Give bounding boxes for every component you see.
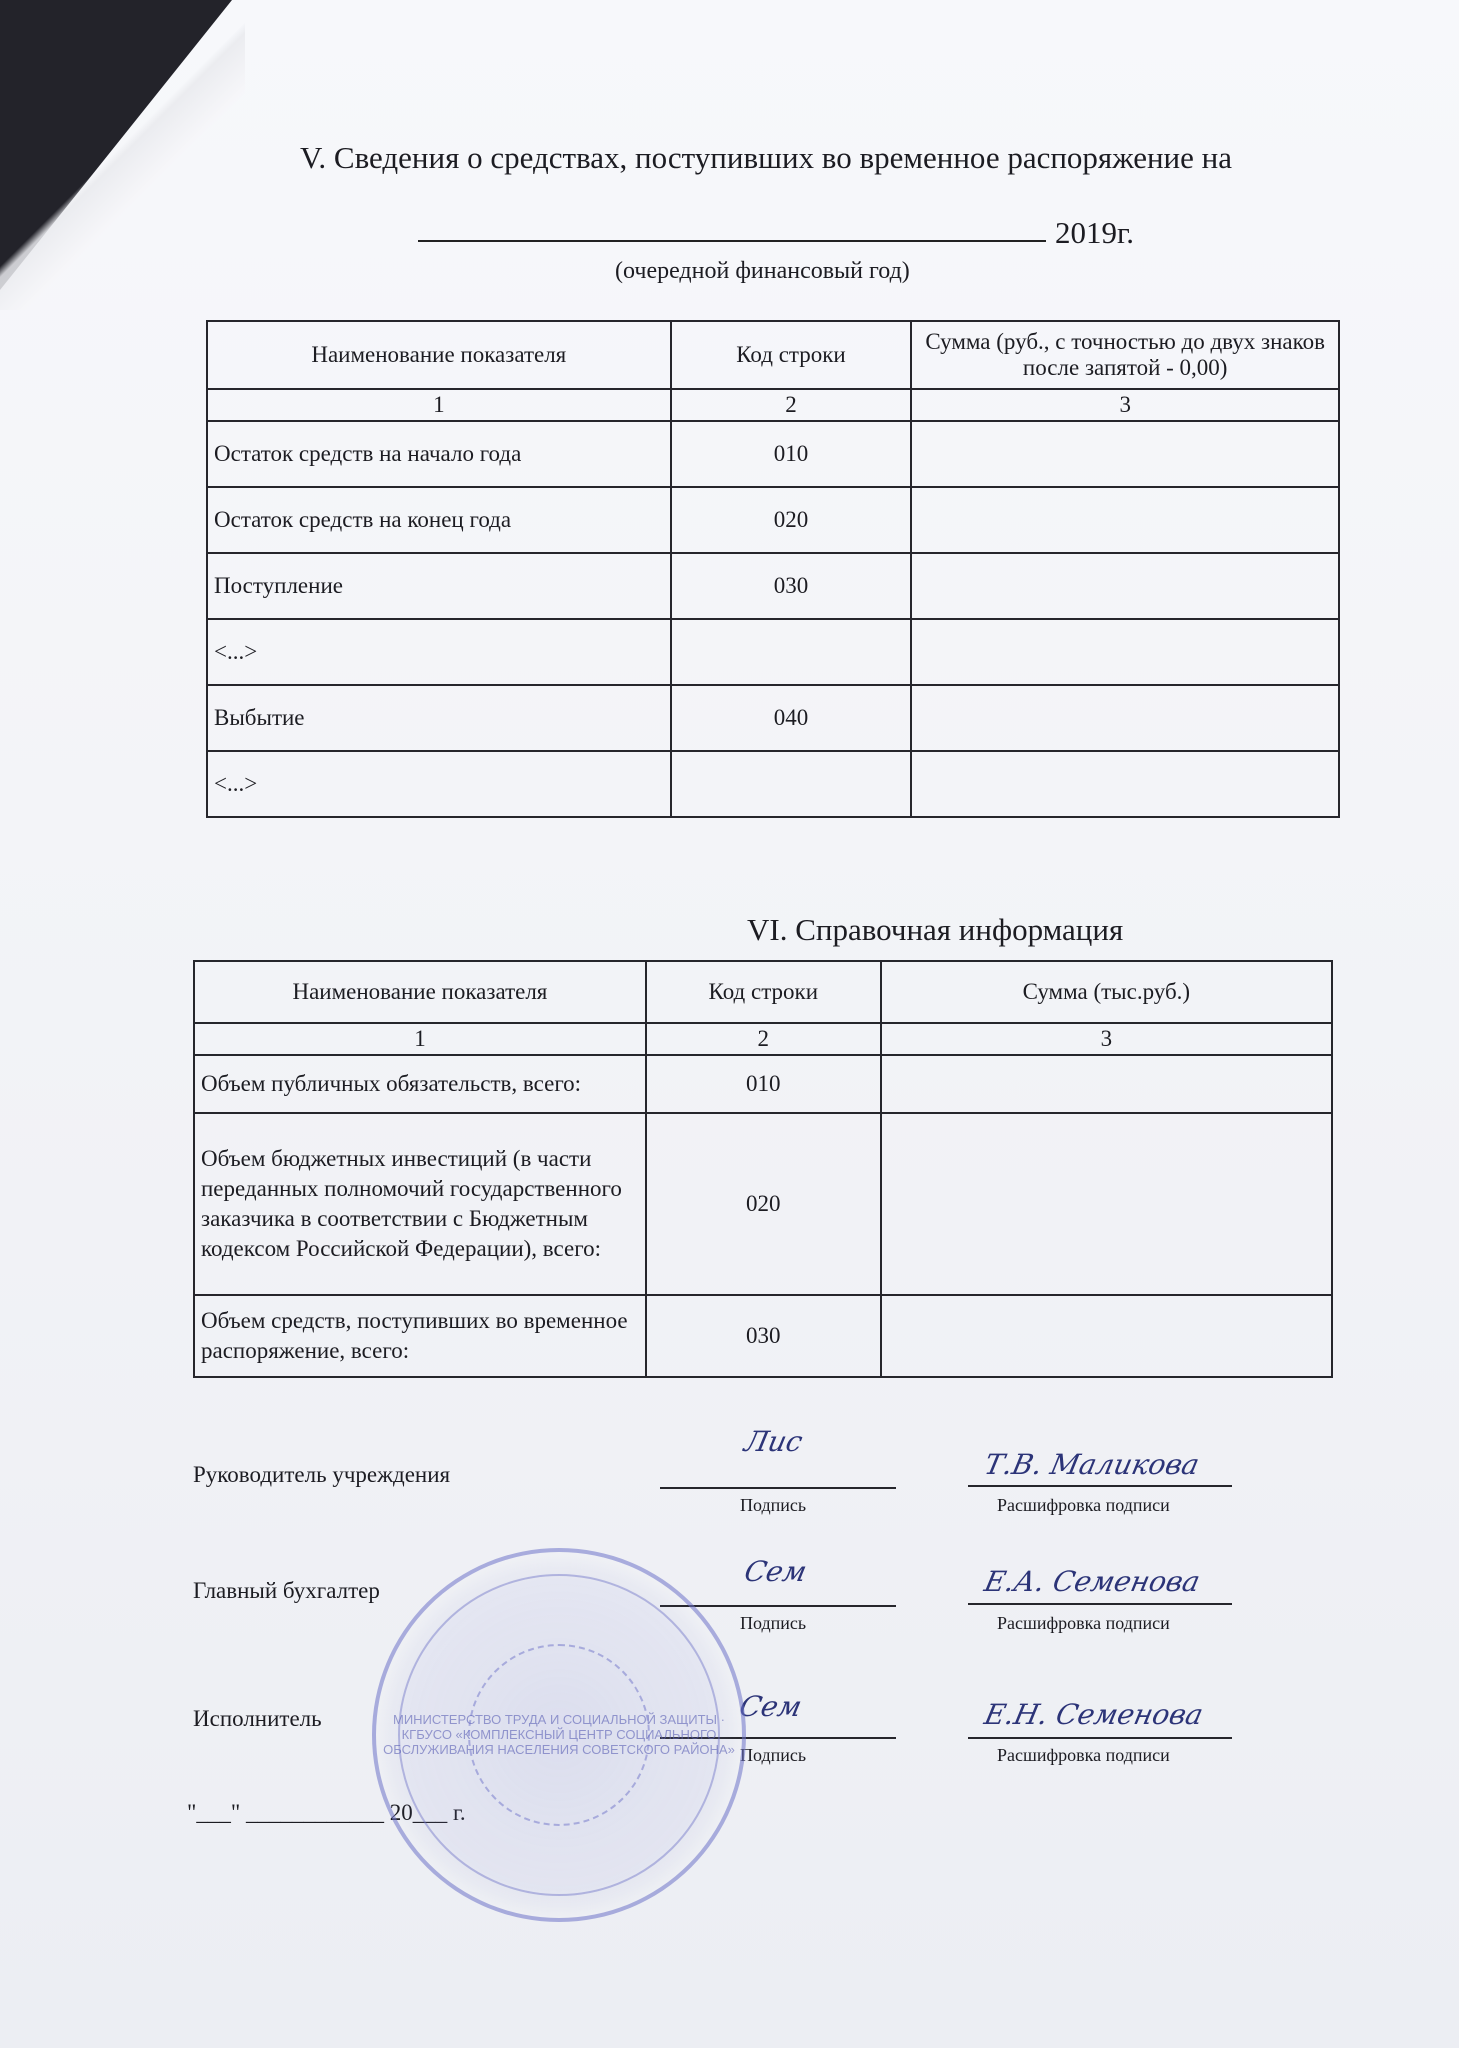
decoded-director: Т.В. Маликова	[981, 1448, 1202, 1481]
year-blank-line	[418, 240, 1046, 242]
table-header-row: Наименование показателя Код строки Сумма…	[207, 321, 1339, 389]
table-row: <...>	[207, 751, 1339, 817]
institution-seal-stamp: МИНИСТЕРСТВО ТРУДА И СОЦИАЛЬНОЙ ЗАЩИТЫ ·…	[372, 1548, 746, 1922]
signature-caption: Подпись	[740, 1495, 806, 1516]
header-indicator: Наименование показателя	[207, 321, 671, 389]
reference-info-table: Наименование показателя Код строки Сумма…	[193, 960, 1333, 1378]
row-name: Выбытие	[207, 685, 671, 751]
row-code: 030	[671, 553, 912, 619]
row-name: <...>	[207, 619, 671, 685]
header-code: Код строки	[671, 321, 912, 389]
row-code: 010	[671, 421, 912, 487]
role-executor: Исполнитель	[193, 1706, 322, 1732]
row-name: <...>	[207, 751, 671, 817]
column-number-row: 1 2 3	[207, 389, 1339, 421]
role-chief-accountant: Главный бухгалтер	[193, 1578, 380, 1604]
column-number: 3	[911, 389, 1339, 421]
row-amount	[881, 1113, 1332, 1295]
row-amount	[911, 619, 1339, 685]
temporary-funds-table: Наименование показателя Код строки Сумма…	[206, 320, 1340, 818]
row-code: 020	[671, 487, 912, 553]
table-row: Объем средств, поступивших во временное …	[194, 1295, 1332, 1377]
row-code	[671, 619, 912, 685]
role-director: Руководитель учреждения	[193, 1462, 450, 1488]
decode-line	[968, 1603, 1232, 1605]
column-number: 3	[881, 1023, 1332, 1055]
row-name: Объем бюджетных инвестиций (в части пере…	[194, 1113, 646, 1295]
row-amount	[881, 1295, 1332, 1377]
decode-line	[968, 1485, 1232, 1487]
signature-executor: Сем	[736, 1690, 804, 1723]
row-amount	[911, 421, 1339, 487]
decoded-executor: Е.Н. Семенова	[981, 1698, 1206, 1731]
row-code: 020	[646, 1113, 881, 1295]
column-number-row: 1 2 3	[194, 1023, 1332, 1055]
decode-caption: Расшифровка подписи	[997, 1745, 1170, 1766]
row-name: Остаток средств на начало года	[207, 421, 671, 487]
folded-corner-edge	[0, 0, 245, 310]
header-indicator: Наименование показателя	[194, 961, 646, 1023]
column-number: 1	[207, 389, 671, 421]
row-code: 040	[671, 685, 912, 751]
signature-caption: Подпись	[740, 1745, 806, 1766]
column-number: 1	[194, 1023, 646, 1055]
signature-line	[660, 1487, 896, 1489]
table-row: Выбытие 040	[207, 685, 1339, 751]
stamp-text: МИНИСТЕРСТВО ТРУДА И СОЦИАЛЬНОЙ ЗАЩИТЫ ·…	[376, 1712, 742, 1757]
column-number: 2	[671, 389, 912, 421]
decode-caption: Расшифровка подписи	[997, 1613, 1170, 1634]
header-amount: Сумма (руб., с точностью до двух знаков …	[911, 321, 1339, 389]
row-amount	[911, 685, 1339, 751]
header-amount: Сумма (тыс.руб.)	[881, 961, 1332, 1023]
table-header-row: Наименование показателя Код строки Сумма…	[194, 961, 1332, 1023]
section-6-title: VI. Справочная информация	[747, 912, 1123, 948]
signature-director: Лис	[741, 1425, 805, 1458]
scanned-page: V. Сведения о средствах, поступивших во …	[0, 0, 1459, 2048]
row-code	[671, 751, 912, 817]
column-number: 2	[646, 1023, 881, 1055]
row-name: Поступление	[207, 553, 671, 619]
row-amount	[911, 553, 1339, 619]
row-amount	[911, 487, 1339, 553]
header-code: Код строки	[646, 961, 881, 1023]
row-code: 030	[646, 1295, 881, 1377]
table-row: Остаток средств на конец года 020	[207, 487, 1339, 553]
decoded-chief-accountant: Е.А. Семенова	[981, 1565, 1202, 1598]
row-name: Остаток средств на конец года	[207, 487, 671, 553]
signature-chief-accountant: Сем	[741, 1555, 809, 1588]
year-value: 2019г.	[1055, 215, 1134, 251]
table-row: Поступление 030	[207, 553, 1339, 619]
table-row: Объем публичных обязательств, всего: 010	[194, 1055, 1332, 1113]
decode-line	[968, 1737, 1232, 1739]
row-code: 010	[646, 1055, 881, 1113]
decode-caption: Расшифровка подписи	[997, 1495, 1170, 1516]
row-amount	[881, 1055, 1332, 1113]
row-name: Объем публичных обязательств, всего:	[194, 1055, 646, 1113]
signature-caption: Подпись	[740, 1613, 806, 1634]
table-row: <...>	[207, 619, 1339, 685]
table-row: Остаток средств на начало года 010	[207, 421, 1339, 487]
row-amount	[911, 751, 1339, 817]
table-row: Объем бюджетных инвестиций (в части пере…	[194, 1113, 1332, 1295]
row-name: Объем средств, поступивших во временное …	[194, 1295, 646, 1377]
section-5-title: V. Сведения о средствах, поступивших во …	[300, 140, 1232, 176]
year-caption: (очередной финансовый год)	[615, 258, 910, 285]
